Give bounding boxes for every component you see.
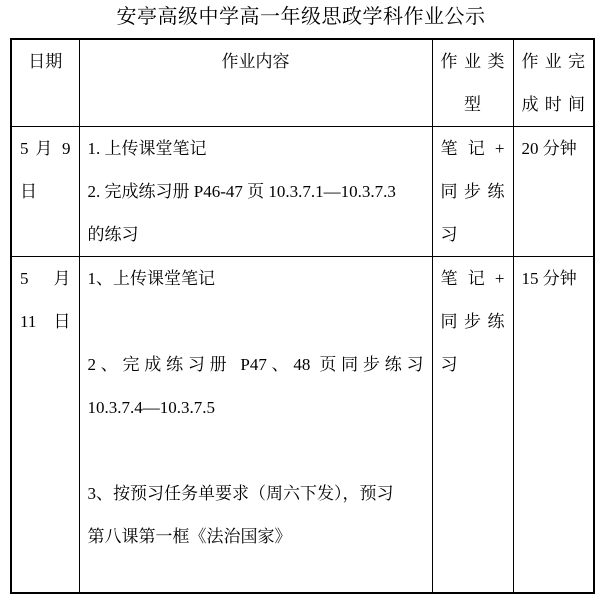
row2-type-cell: 笔 记 + 同 步 练 习 <box>432 257 513 593</box>
text-line: 1. 上传课堂笔记 <box>88 127 424 170</box>
page-title: 安亭高级中学高一年级思政学科作业公示 <box>0 4 602 30</box>
blank-line <box>88 300 424 343</box>
header-cell-time: 作业完 成时间 <box>513 39 594 127</box>
table-row-may-11: 5 月 11 日 1、上传课堂笔记 2、完成练习册 P47、48 页同步练习 1… <box>11 257 594 593</box>
text-line: 11 日 <box>20 300 71 343</box>
text-line: 习 <box>441 343 505 386</box>
text-line: 5 月 <box>20 257 71 300</box>
text-line: 笔 记 + <box>441 127 505 170</box>
blank-line <box>88 429 424 472</box>
row2-time-cell: 15 分钟 <box>513 257 594 593</box>
text-line: 10.3.7.4—10.3.7.5 <box>88 386 424 429</box>
text-line: 同 步 练 <box>441 170 505 213</box>
header-cell-content: 作业内容 <box>79 39 432 127</box>
text-line: 5 月 9 <box>20 127 71 170</box>
header-type-label-line2: 型 <box>441 83 505 126</box>
header-type-label-line1: 作业类 <box>441 40 505 83</box>
header-time-label-line1: 作业完 <box>522 40 586 83</box>
row2-date-cell: 5 月 11 日 <box>11 257 79 593</box>
header-time-label-line2: 成时间 <box>522 83 586 126</box>
text-line: 1、上传课堂笔记 <box>88 257 424 300</box>
text-line: 2、完成练习册 P47、48 页同步练习 <box>88 343 424 386</box>
text-line: 习 <box>441 213 505 256</box>
text-line: 第八课第一框《法治国家》 <box>88 515 424 558</box>
table-row-may-9: 5 月 9 日 1. 上传课堂笔记 2. 完成练习册 P46-47 页 10.3… <box>11 127 594 257</box>
text-line: 3、按预习任务单要求（周六下发），预习 <box>88 472 424 515</box>
header-content-label: 作业内容 <box>88 40 424 83</box>
text-line: 同 步 练 <box>441 300 505 343</box>
row1-date-cell: 5 月 9 日 <box>11 127 79 257</box>
text-line: 15 分钟 <box>522 257 586 300</box>
text-line: 笔 记 + <box>441 257 505 300</box>
header-date-label: 日期 <box>20 40 71 83</box>
header-cell-type: 作业类 型 <box>432 39 513 127</box>
text-line: 的练习 <box>88 213 424 256</box>
homework-table: 日期 作业内容 作业类 型 作业完 成时间 5 月 9 日 1. 上传课堂笔记 … <box>10 38 595 594</box>
text-line: 2. 完成练习册 P46-47 页 10.3.7.1—10.3.7.3 <box>88 170 424 213</box>
table-header-row: 日期 作业内容 作业类 型 作业完 成时间 <box>11 39 594 127</box>
row1-time-cell: 20 分钟 <box>513 127 594 257</box>
text-line: 日 <box>20 170 71 213</box>
header-cell-date: 日期 <box>11 39 79 127</box>
row2-content-cell: 1、上传课堂笔记 2、完成练习册 P47、48 页同步练习 10.3.7.4—1… <box>79 257 432 593</box>
text-line: 20 分钟 <box>522 127 586 170</box>
row1-type-cell: 笔 记 + 同 步 练 习 <box>432 127 513 257</box>
row1-content-cell: 1. 上传课堂笔记 2. 完成练习册 P46-47 页 10.3.7.1—10.… <box>79 127 432 257</box>
document-page: 安亭高级中学高一年级思政学科作业公示 日期 作业内容 作业类 型 作业完 成时间 <box>0 0 602 608</box>
